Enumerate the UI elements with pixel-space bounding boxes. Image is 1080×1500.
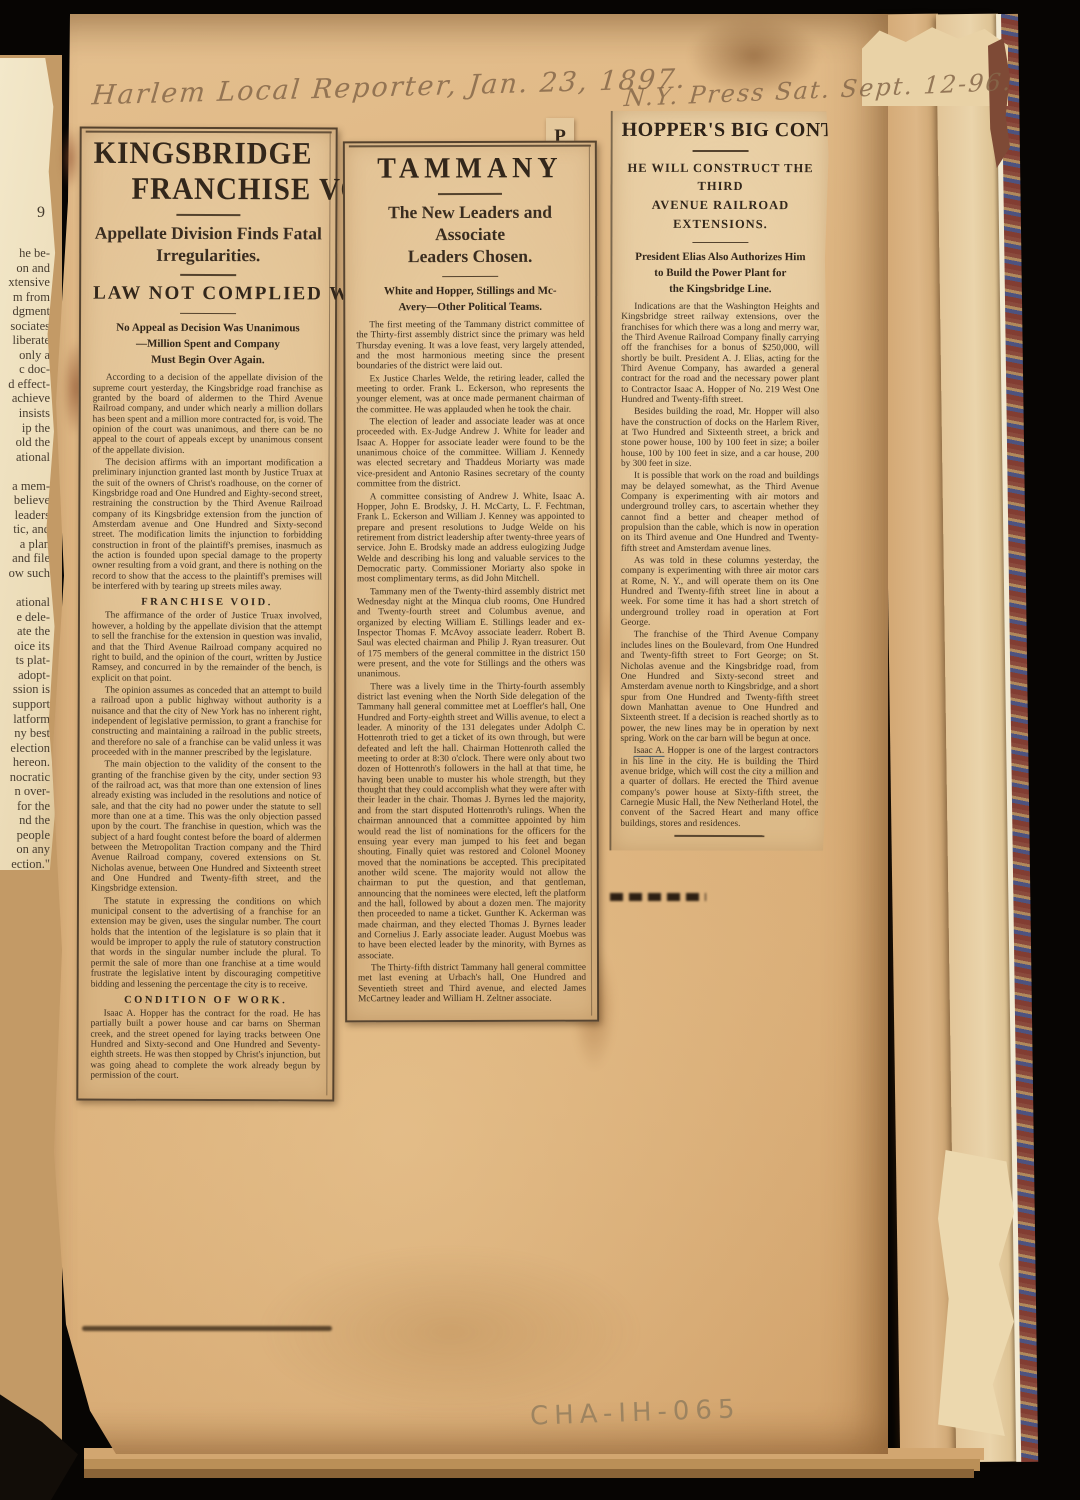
divider-rule (692, 241, 748, 243)
crosshead: FRANCHISE VOID. (92, 597, 322, 609)
book-page-edge-left: 9 he be- on and xtensive m from dgment s… (0, 58, 58, 870)
body-paragraph: There was a lively time in the Thirty-fo… (357, 681, 586, 961)
cut-off-headline-fragment (610, 893, 706, 901)
scrapbook-photo: 9 he be- on and xtensive m from dgment s… (0, 0, 1080, 1500)
body-paragraph: The first meeting of the Tammany distric… (356, 320, 584, 372)
body-paragraph: The decision affirms with an important m… (92, 458, 322, 593)
article-body: According to a decision of the appellate… (90, 373, 322, 1082)
body-paragraph: The Thirty-fifth district Tammany hall g… (358, 963, 586, 1005)
body-paragraph: The statute in expressing the conditions… (91, 896, 321, 990)
banner-headline: LAW NOT COMPLIED WITH (93, 283, 323, 306)
stain (60, 126, 80, 190)
page-fragment-text: he be- on and xtensive m from dgment soc… (0, 246, 50, 872)
subhead: The New Leaders and Associate Leaders Ch… (356, 202, 584, 268)
body-paragraph: Ex Justice Charles Welde, the retiring l… (356, 373, 584, 415)
end-rule (674, 835, 764, 837)
subhead: Appellate Division Finds Fatal Irregular… (93, 222, 323, 267)
body-paragraph: Besides building the road, Mr. Hopper wi… (621, 407, 819, 469)
body-paragraph: According to a decision of the appellate… (93, 373, 323, 457)
body-paragraph: It is possible that work on the road and… (621, 471, 819, 554)
body-paragraph: The opinion assumes as conceded that an … (91, 685, 321, 758)
headline: KINGSBRIDGE FRANCHISE VOID (93, 136, 323, 209)
clipping-kingsbridge: KINGSBRIDGE FRANCHISE VOID Appellate Div… (76, 127, 337, 1102)
body-paragraph: The election of leader and associate lea… (357, 417, 585, 490)
deck: White and Hopper, Stillings and Mc- Aver… (356, 284, 584, 316)
stain (258, 1246, 642, 1418)
headline-line-2: FRANCHISE VOID (131, 172, 323, 209)
bottom-page-edge-3 (84, 1469, 974, 1478)
divider-rule (180, 274, 236, 276)
body-paragraph: Isaac A. Hopper has the contract for the… (90, 1008, 320, 1081)
ink-smudge (82, 1326, 332, 1331)
headline-line-1: KINGSBRIDGE (94, 136, 324, 173)
crosshead: CONDITION OF WORK. (91, 994, 321, 1006)
divider-rule (176, 214, 240, 216)
body-paragraph-continuation: Hopper is one of the largest contractors… (620, 746, 818, 829)
article-body: The first meeting of the Tammany distric… (356, 320, 586, 1005)
divider-rule (442, 276, 498, 278)
body-paragraph: As was told in these columns yesterday, … (621, 556, 819, 629)
clipping-hopper: HOPPER'S BIG CONTRACT. HE WILL CONSTRUCT… (609, 111, 828, 851)
body-paragraph: A committee consisting of Andrew J. Whit… (357, 491, 585, 585)
body-paragraph: The affirmance of the order of Justice T… (92, 611, 322, 684)
divider-rule (693, 150, 749, 152)
body-paragraph: Indications are that the Washington Heig… (621, 302, 819, 406)
banner-headline: HE WILL CONSTRUCT THE THIRD AVENUE RAILR… (621, 158, 819, 233)
body-paragraph: Tammany men of the Twenty-third assembly… (357, 586, 585, 680)
body-paragraph: The main objection to the validity of th… (91, 760, 321, 895)
clipping-tammany: TAMMANY The New Leaders and Associate Le… (343, 141, 599, 1023)
headline: HOPPER'S BIG CONTRACT. (622, 119, 820, 142)
article-body: Indications are that the Washington Heig… (620, 302, 819, 830)
headline: TAMMANY (356, 152, 584, 186)
body-paragraph: Isaac A. Hopper is one of the largest co… (620, 746, 818, 829)
divider-rule (180, 313, 236, 315)
page-number: 9 (37, 204, 46, 222)
deck: President Elias Also Authorizes Him to B… (621, 250, 819, 298)
divider-rule (438, 193, 502, 195)
body-paragraph: The franchise of the Third Avenue Compan… (621, 630, 819, 744)
deck: No Appeal as Decision Was Unanimous —Mil… (93, 321, 323, 370)
